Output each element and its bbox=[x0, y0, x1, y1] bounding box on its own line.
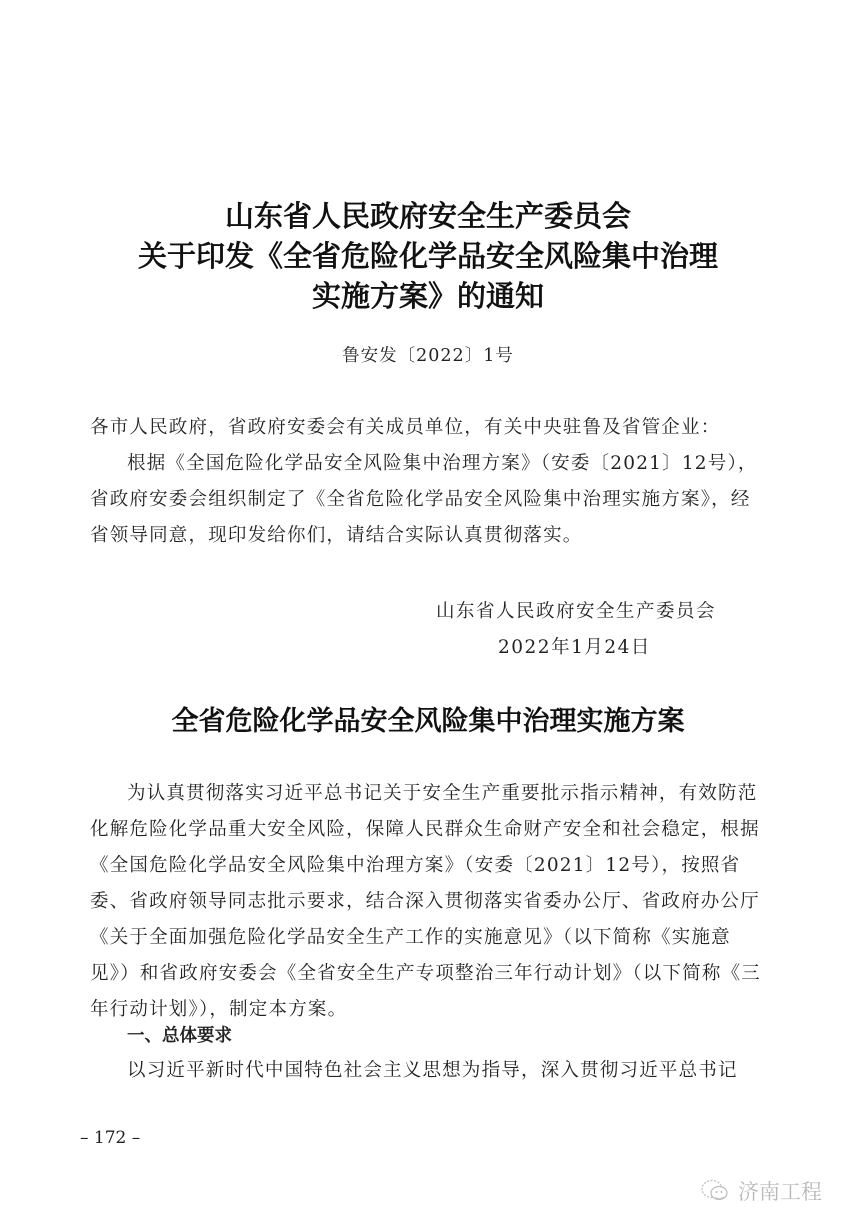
wechat-icon bbox=[700, 1178, 730, 1204]
notice-title: 山东省人民政府安全生产委员会 关于印发《全省危险化学品安全风险集中治理 实施方案… bbox=[0, 196, 856, 316]
notice-title-line-2: 关于印发《全省危险化学品安全风险集中治理 bbox=[0, 236, 856, 276]
notice-paragraph: 根据《全国危险化学品安全风险集中治理方案》（安委〔2021〕12号），省政府安委… bbox=[90, 446, 770, 554]
notice-title-line-3: 实施方案》的通知 bbox=[0, 276, 856, 316]
section-heading-general-requirements: 一、总体要求 bbox=[127, 1020, 232, 1052]
plan-intro-paragraph: 为认真贯彻落实习近平总书记关于安全生产重要批示指示精神，有效防范化解危险化学品重… bbox=[90, 776, 770, 1028]
plan-title: 全省危险化学品安全风险集中治理实施方案 bbox=[0, 700, 856, 744]
watermark: 济南工程 bbox=[700, 1176, 822, 1206]
watermark-text: 济南工程 bbox=[738, 1176, 822, 1206]
issuer-name: 山东省人民政府安全生产委员会 bbox=[436, 594, 716, 630]
section-1-paragraph: 以习近平新时代中国特色社会主义思想为指导，深入贯彻习近平总书记 bbox=[90, 1053, 770, 1089]
document-page: 山东省人民政府安全生产委员会 关于印发《全省危险化学品安全风险集中治理 实施方案… bbox=[0, 0, 856, 1225]
notice-title-line-1: 山东省人民政府安全生产委员会 bbox=[0, 196, 856, 236]
signature-block: 山东省人民政府安全生产委员会 2022年1月24日 bbox=[436, 594, 716, 666]
page-number: – 172 – bbox=[80, 1128, 140, 1148]
document-number: 鲁安发〔2022〕1号 bbox=[0, 342, 856, 367]
salutation: 各市人民政府，省政府安委会有关成员单位，有关中央驻鲁及省管企业： bbox=[90, 410, 770, 446]
issue-date: 2022年1月24日 bbox=[436, 630, 716, 666]
